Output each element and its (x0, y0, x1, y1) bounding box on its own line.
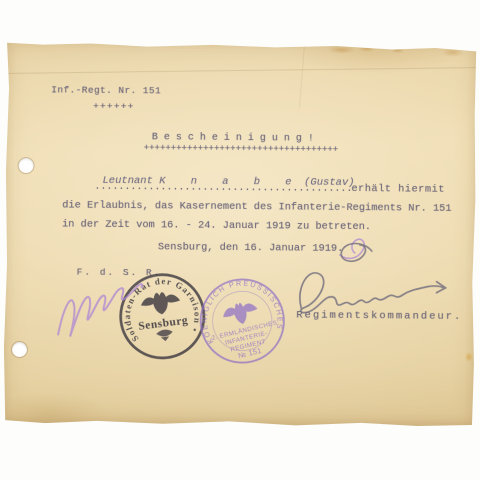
date-flourish (340, 239, 364, 258)
place-date-line: Sensburg, den 16. Januar 1919. (158, 241, 343, 255)
document-paper: Inf.-Regt. Nr. 151 ++++++ B e s c h e i … (2, 42, 477, 428)
photo-background: Inf.-Regt. Nr. 151 ++++++ B e s c h e i … (0, 0, 480, 480)
body-line-2: in der Zeit vom 16. - 24. Januar 1919 zu… (62, 218, 371, 233)
punch-hole-top (19, 158, 34, 173)
signature-title: Regimentskommandeur. (296, 309, 462, 322)
ornament-icon (156, 329, 174, 343)
stain-top-3 (391, 47, 405, 53)
crease-top (5, 67, 477, 74)
signature-right (300, 273, 446, 314)
header-marks: ++++++ (93, 101, 135, 112)
recipient-suffix: erhält hiermit (351, 183, 445, 196)
stain-top-2 (358, 45, 376, 52)
recipient-dotted-line: ........................................… (94, 182, 352, 195)
body-line-1: die Erlaubnis, das Kasernement des Infan… (62, 199, 451, 214)
signature-right-flourish (341, 243, 372, 261)
title-underline: ++++++++++++++++++++++++++++++++++++ (144, 143, 339, 155)
regiment-stamp: KOENIGLICH PREUSSISCHES 2. ERMLÄNDISCHES… (180, 258, 305, 383)
punch-hole-bottom (12, 342, 27, 357)
regiment-header: Inf.-Regt. Nr. 151 (51, 84, 161, 96)
stain-right-edge (465, 352, 473, 362)
stain-top-1 (328, 46, 356, 54)
stain-top-4 (442, 48, 464, 57)
eagle-icon (140, 290, 182, 317)
crease-vertical (299, 47, 305, 109)
